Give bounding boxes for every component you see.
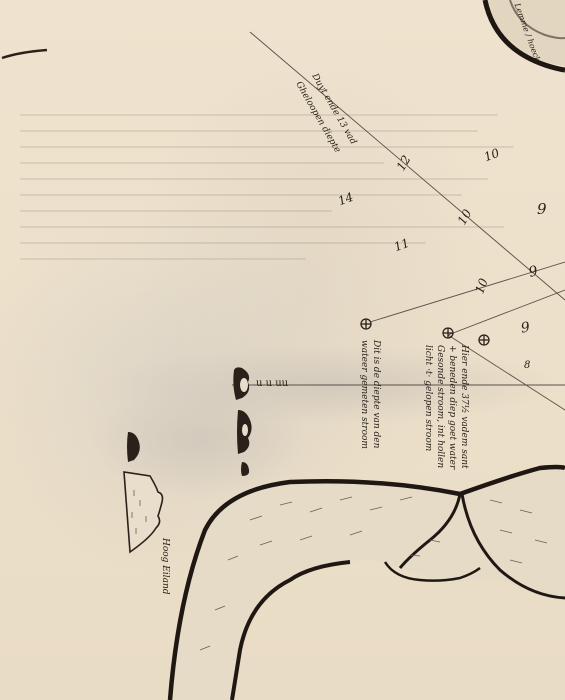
bearing-marks: u u uu (256, 378, 288, 389)
sounding: 9 (537, 200, 547, 218)
note-line: Gesonde stroom, int hollen (434, 345, 446, 469)
mainland-coast (170, 467, 565, 700)
note-line: Hier ende 37½ vadem sant (458, 345, 470, 469)
map-sheet: Duyt ende 13 vad Gheloopen diepte Lemme … (0, 0, 565, 700)
label-island: Hoog Eiland (160, 538, 170, 595)
map-linework (0, 0, 565, 700)
note-line: licht ·t· gelopen stroom (422, 345, 434, 469)
note-line: wateer gemeten stroom (358, 340, 370, 449)
edge-mark (2, 50, 47, 58)
sounding: 8 (524, 360, 530, 371)
note-line: + beneden diep goet water (446, 345, 458, 469)
note-block-right: Hier ende 37½ vadem sant + beneden diep … (422, 345, 470, 469)
note-block-left: Dit is de diepte van den wateer gemeten … (358, 340, 382, 449)
note-line: Dit is de diepte van den (370, 340, 382, 449)
